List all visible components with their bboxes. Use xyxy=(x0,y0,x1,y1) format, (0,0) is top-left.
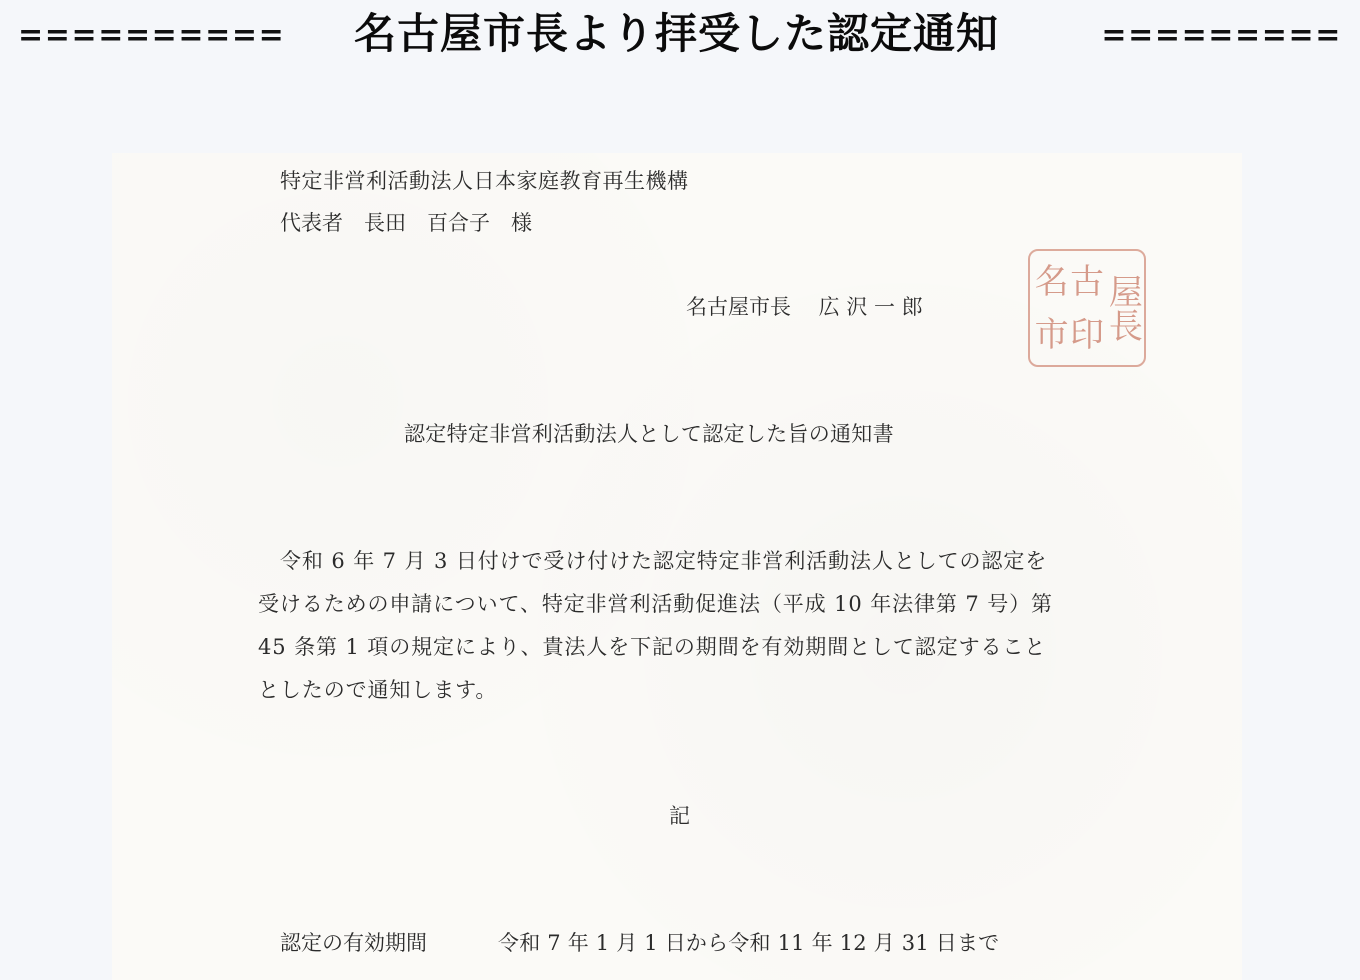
body-line: 受けるための申請について、特定非営利活動促進法（平成 10 年法律第 7 号）第 xyxy=(258,589,1053,619)
sender-mayor: 名古屋市長 広 沢 一 郎 xyxy=(686,292,923,322)
official-seal-stamp: 名 古 屋長 市 印 xyxy=(1028,249,1146,367)
page-heading: ========== 名古屋市長より拝受した認定通知 ========= xyxy=(0,0,1360,76)
heading-rule-left: ========== xyxy=(18,14,285,58)
addressee-representative: 代表者 長田 百合子 様 xyxy=(280,208,532,238)
addressee-organization: 特定非営利活動法人日本家庭教育再生機構 xyxy=(280,166,689,196)
seal-char: 名 xyxy=(1035,265,1069,299)
validity-period-label: 認定の有効期間 xyxy=(280,928,427,958)
body-line: としたので通知します。 xyxy=(258,675,497,705)
heading-rule-right: ========= xyxy=(1101,14,1342,58)
certificate-document-image: 特定非営利活動法人日本家庭教育再生機構 代表者 長田 百合子 様 名古屋市長 広… xyxy=(112,153,1242,980)
ki-marker: 記 xyxy=(669,801,690,831)
seal-char: 市 xyxy=(1035,318,1069,352)
body-line: 令和 6 年 7 月 3 日付けで受け付けた認定特定非営利活動法人としての認定を xyxy=(280,546,1047,576)
body-line: 45 条第 1 項の規定により、貴法人を下記の期間を有効期間として認定すること xyxy=(258,632,1046,662)
validity-period-value: 令和 7 年 1 月 1 日から令和 11 年 12 月 31 日まで xyxy=(498,928,999,958)
seal-char: 古 xyxy=(1070,265,1104,299)
document-title: 認定特定非営利活動法人として認定した旨の通知書 xyxy=(404,419,894,449)
seal-char: 屋長 xyxy=(1105,274,1139,342)
seal-char: 印 xyxy=(1070,318,1104,352)
page-title: 名古屋市長より拝受した認定通知 xyxy=(354,6,999,62)
